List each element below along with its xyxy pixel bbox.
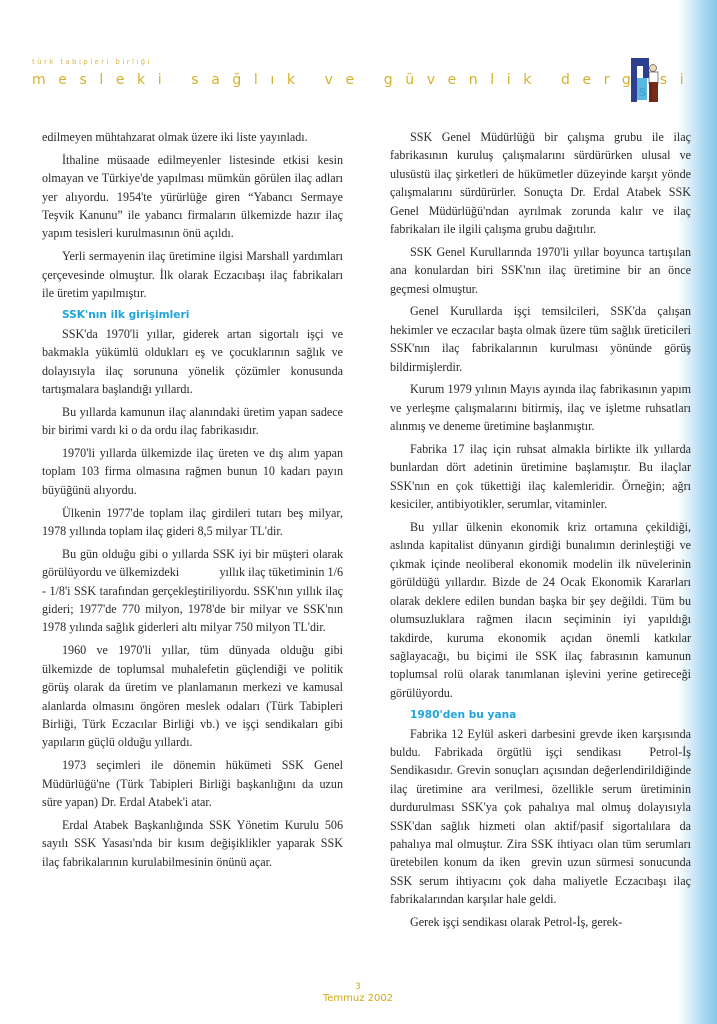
paragraph: SSK Genel Kurullarında 1970'li yıllar bo… — [390, 243, 691, 298]
paragraph: SSK'da 1970'li yıllar, giderek artan sig… — [42, 325, 343, 399]
organization-name: türk tabipleri birliği — [32, 58, 632, 67]
right-column: SSK Genel Müdürlüğü bir çalışma grubu il… — [390, 128, 691, 936]
svg-text:s: s — [639, 84, 646, 100]
paragraph: Ülkenin 1977'de toplam ilaç girdileri tu… — [42, 504, 343, 541]
paragraph: Gerek işçi sendikası olarak Petrol-İş, g… — [390, 913, 691, 931]
paragraph: 1960 ve 1970'li yıllar, tüm dünyada oldu… — [42, 641, 343, 751]
section-heading: SSK'nın ilk girişimleri — [62, 307, 343, 323]
issue-date: Temmuz 2002 — [298, 993, 418, 1004]
section-heading: 1980'den bu yana — [410, 707, 691, 723]
paragraph: İthaline müsaade edilmeyenler listesinde… — [42, 151, 343, 243]
paragraph: Fabrika 17 ilaç için ruhsat almakla birl… — [390, 440, 691, 514]
paragraph: Bu yıllarda kamunun ilaç alanındaki üret… — [42, 403, 343, 440]
paragraph: Bu gün olduğu gibi o yıllarda SSK iyi bi… — [42, 545, 343, 637]
left-column: edilmeyen mühtahzarat olmak üzere iki li… — [42, 128, 343, 875]
paragraph: Erdal Atabek Başkanlığında SSK Yönetim K… — [42, 816, 343, 871]
paragraph: Yerli sermayenin ilaç üretimine ilgisi M… — [42, 247, 343, 302]
paragraph: 1973 seçimleri ile dönemin hükümeti SSK … — [42, 756, 343, 811]
journal-title: mesleki sağlık ve güvenlik dergisi — [32, 71, 632, 89]
paragraph: Fabrika 12 Eylül askeri darbesini grevde… — [390, 725, 691, 909]
paragraph: Bu yıllar ülkenin ekonomik kriz ortamına… — [390, 518, 691, 702]
paragraph: Kurum 1979 yılının Mayıs ayında ilaç fab… — [390, 380, 691, 435]
paragraph: 1970'li yıllarda ülkemizde ilaç üreten v… — [42, 444, 343, 499]
paragraph: edilmeyen mühtahzarat olmak üzere iki li… — [42, 128, 343, 146]
page-number: 3 — [298, 982, 418, 993]
page-footer: 3 Temmuz 2002 — [298, 982, 418, 1004]
journal-header: türk tabipleri birliği mesleki sağlık ve… — [32, 58, 632, 89]
msg-logo-icon: s — [631, 56, 663, 104]
paragraph: Genel Kurullarda işçi temsilcileri, SSK'… — [390, 302, 691, 376]
paragraph: SSK Genel Müdürlüğü bir çalışma grubu il… — [390, 128, 691, 238]
